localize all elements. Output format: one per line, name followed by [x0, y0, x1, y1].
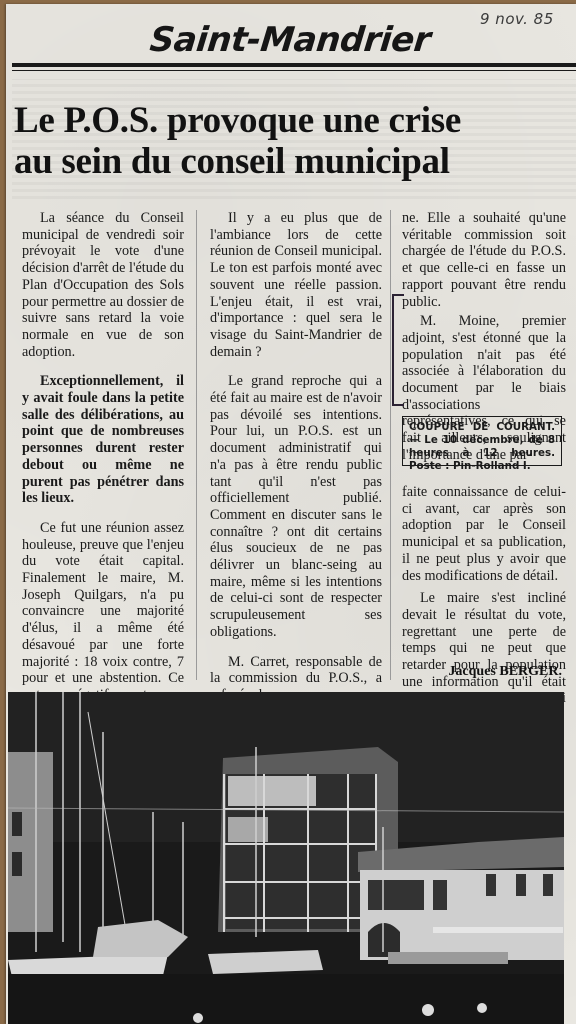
paragraph: La séance du Conseil municipal de vendre… — [22, 210, 184, 360]
pen-bracket-mark — [392, 294, 404, 406]
harbor-photo — [8, 692, 564, 1024]
headline: Le P.O.S. provoque une crise au sein du … — [14, 100, 484, 182]
section-rule-thin — [12, 70, 576, 71]
column-divider — [196, 210, 197, 680]
author-signature: Jacques BERGER. — [448, 664, 562, 680]
column-divider — [390, 210, 391, 680]
handwritten-date: 9 nov. 85 — [480, 10, 554, 28]
paragraph: Il y a eu plus que de l'ambiance lors de… — [210, 210, 382, 360]
section-title: Saint-Mandrier — [148, 20, 432, 60]
harbor-photo-illustration — [8, 692, 564, 1024]
paragraph: Exceptionnellement, il y avait foule dan… — [22, 373, 184, 507]
headline-line-2: au sein du conseil municipal — [14, 141, 484, 182]
headline-line-1: Le P.O.S. provoque une crise — [14, 100, 484, 141]
paragraph: faite connaissance de celui-ci avant, ca… — [402, 484, 566, 584]
notice-box: COUPURE DE COURANT. — Le 10 décembre, de… — [402, 416, 562, 466]
section-rule-thick — [12, 63, 576, 67]
paragraph: ne. Elle a souhaité qu'une véritable com… — [402, 210, 566, 310]
paragraph: Le grand reproche qui a été fait au mair… — [210, 373, 382, 640]
